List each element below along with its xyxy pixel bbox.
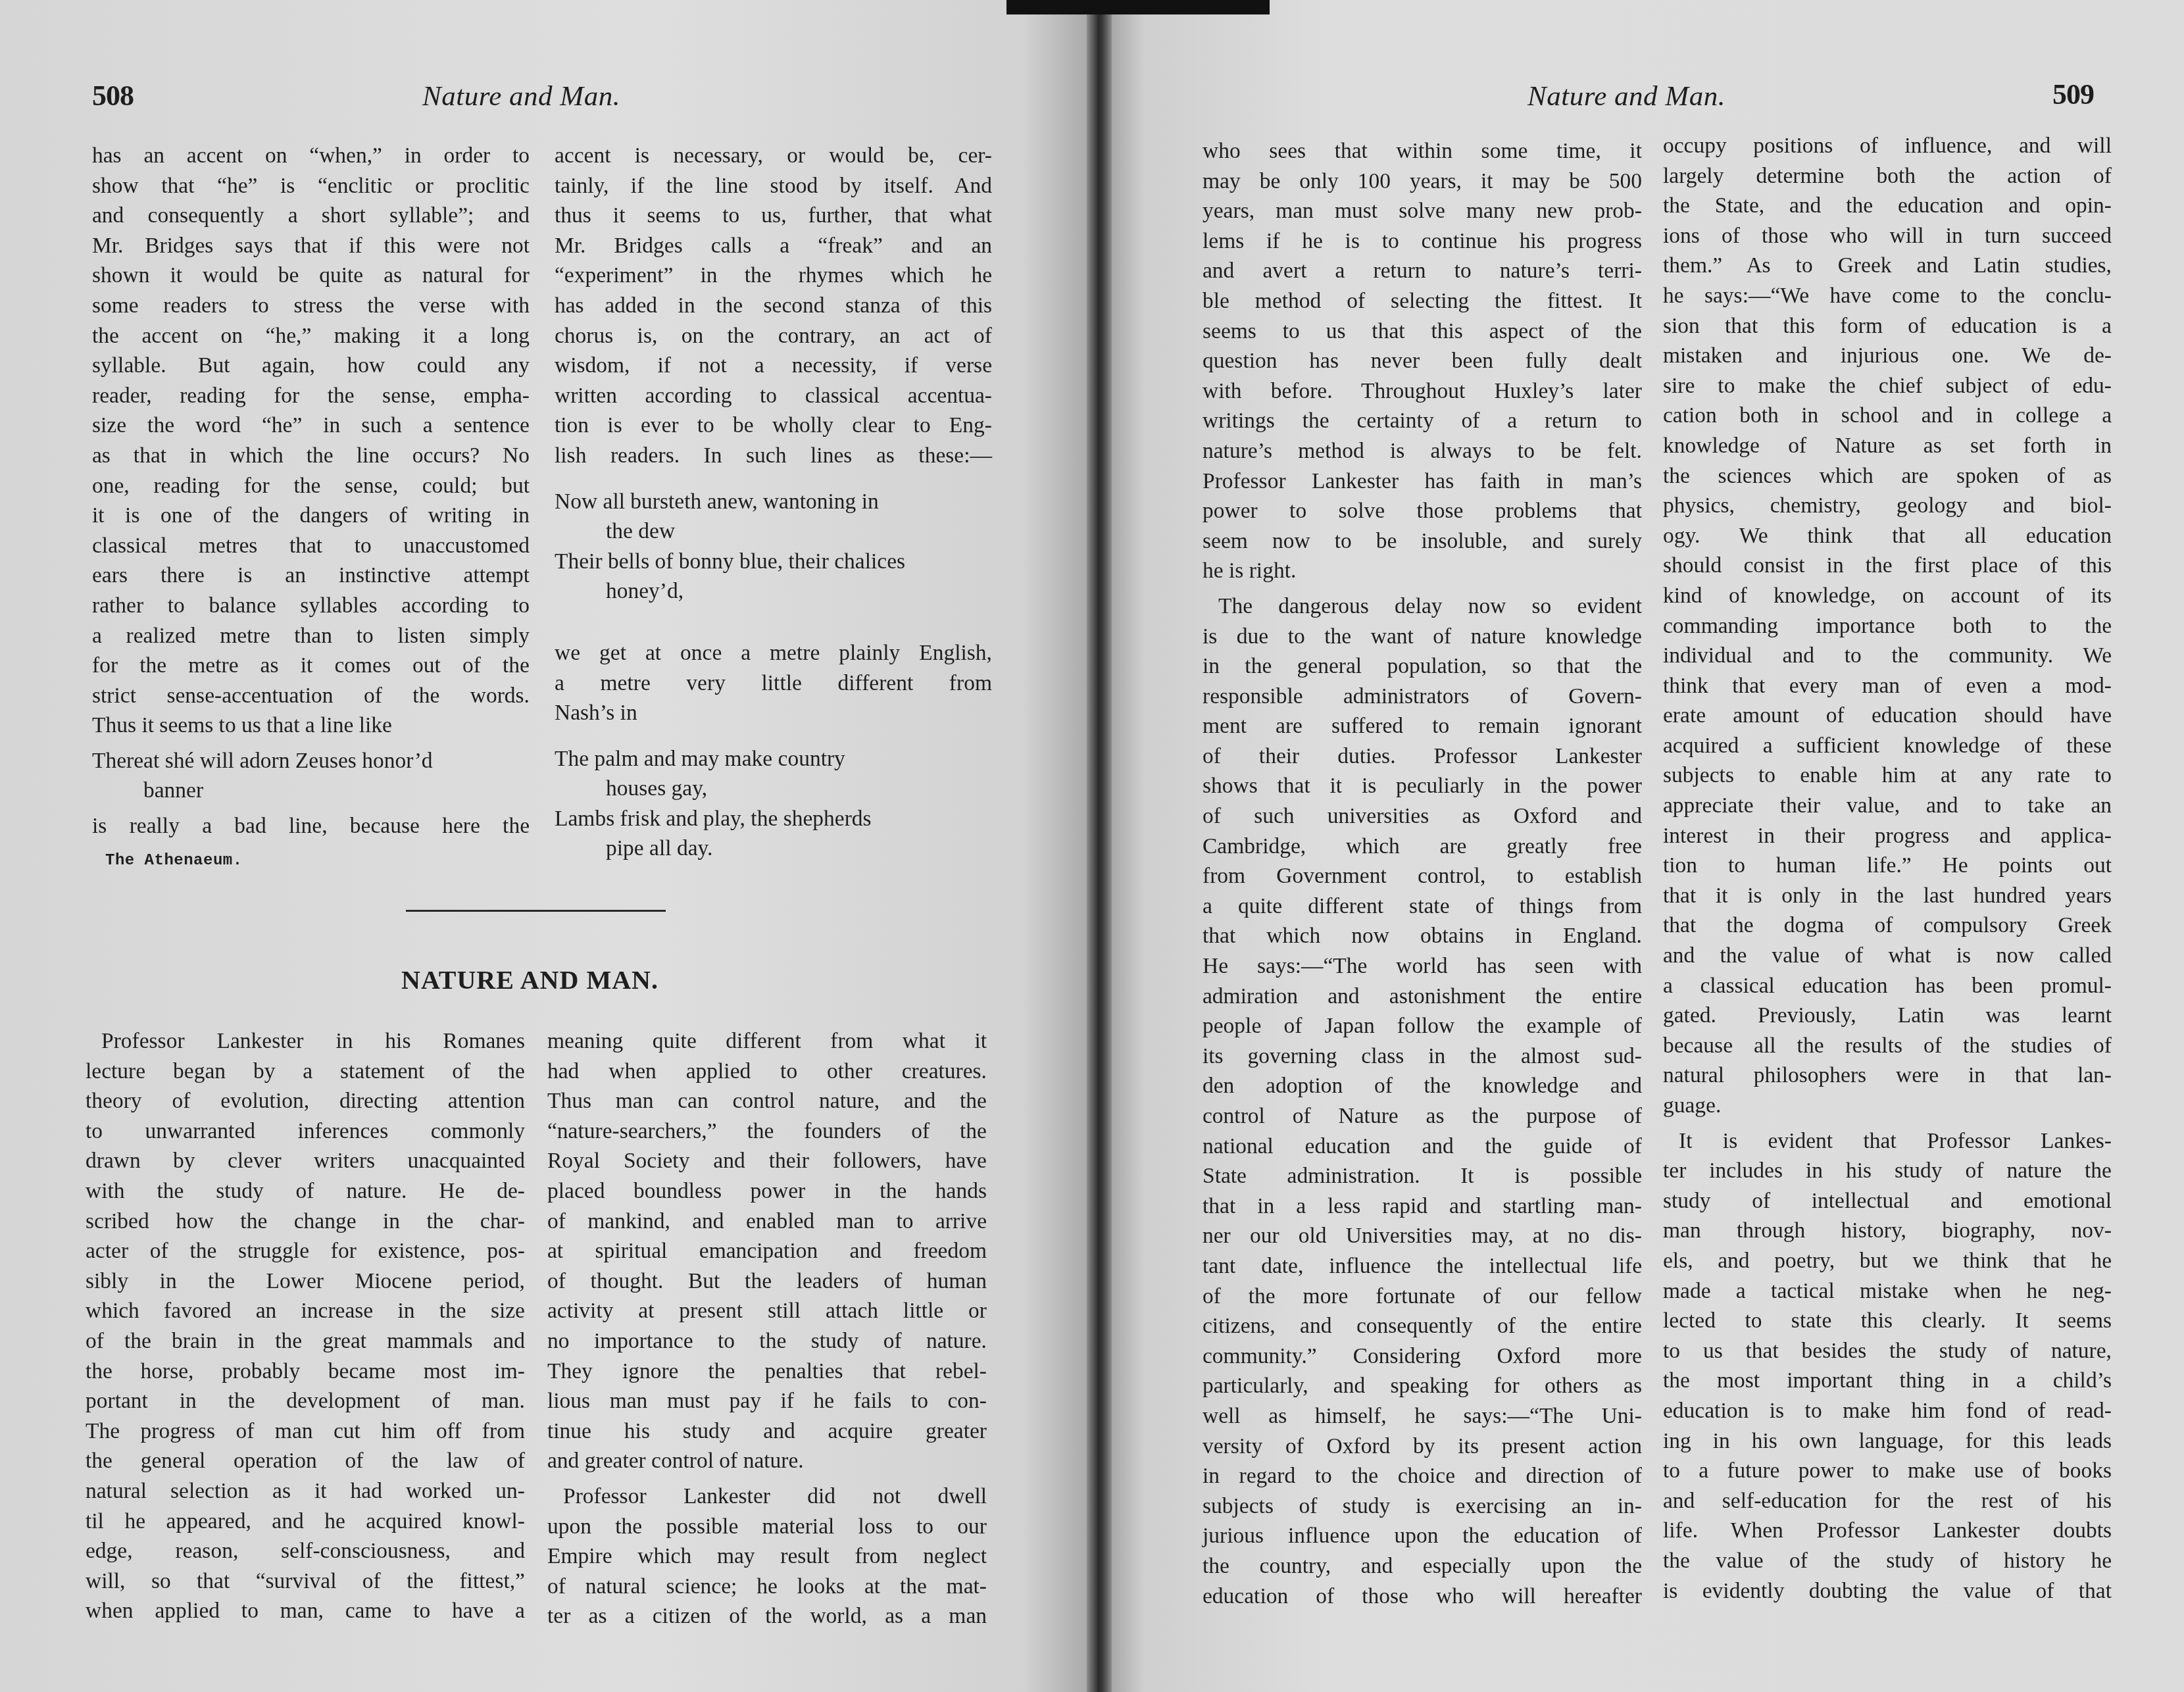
text-line: Thus it seems to us that a line like	[92, 710, 530, 741]
text-line: sion that this form of education is a	[1663, 311, 2112, 341]
text-line: some readers to stress the verse with	[92, 291, 530, 321]
text-line: has an accent on “when,” in order to	[92, 141, 530, 171]
text-line: think that every man of even a mod-	[1663, 671, 2112, 701]
text-line: ter includes in his study of nature the	[1663, 1156, 2112, 1186]
text-line: occupy positions of influence, and will	[1663, 131, 2112, 161]
text-line: shown it would be quite as natural for	[92, 261, 530, 291]
right-column-1: who sees that within some time, itmay be…	[1203, 136, 1642, 1611]
text-line: commanding importance both to the	[1663, 611, 2112, 641]
text-line: has added in the second stanza of this	[555, 291, 992, 321]
left-column-1: has an accent on “when,” in order toshow…	[92, 141, 530, 841]
text-line: size the word “he” in such a sentence	[92, 411, 530, 441]
text-line: he is right.	[1203, 556, 1642, 586]
verse-line: Their bells of bonny blue, their chalice…	[555, 547, 992, 577]
text-line: the State, and the education and opin-	[1663, 191, 2112, 221]
text-line: subjects to enable him at any rate to	[1663, 760, 2112, 791]
text-line: mistaken and injurious one. We de-	[1663, 341, 2112, 371]
text-line: tinue his study and acquire greater	[547, 1416, 987, 1447]
text-line: show that “he” is “enclitic or proclitic	[92, 171, 530, 201]
text-line: of the more fortunate of our fellow	[1203, 1281, 1642, 1312]
text-line: tion is ever to be wholly clear to Eng-	[555, 411, 992, 441]
text-line: scribed how the change in the char-	[86, 1207, 525, 1237]
left-column-2: accent is necessary, or would be, cer-ta…	[555, 141, 992, 864]
page-number-left: 508	[92, 79, 134, 112]
text-line: the most important thing in a child’s	[1663, 1366, 2112, 1396]
text-line: written according to classical accentua-	[555, 381, 992, 411]
text-line: subjects of study is exercising an in-	[1203, 1491, 1642, 1522]
text-line: of the brain in the great mammals and	[86, 1326, 525, 1356]
text-line: accent is necessary, or would be, cer-	[555, 141, 992, 171]
text-line: education of those who will hereafter	[1203, 1581, 1642, 1612]
verse-continuation: honey’d,	[555, 576, 992, 607]
text-line: chorus is, on the contrary, an act of	[555, 321, 992, 351]
text-line: is really a bad line, because here the	[92, 811, 530, 841]
text-line: to unwarranted inferences commonly	[86, 1116, 525, 1147]
spacer	[92, 806, 530, 811]
text-line: syllable. But again, how could any	[92, 351, 530, 381]
text-line: had when applied to other creatures.	[547, 1057, 987, 1087]
text-line: control of Nature as the purpose of	[1203, 1101, 1642, 1132]
text-line: and consequently a short syllable”; and	[92, 201, 530, 231]
text-line: national education and the guide of	[1203, 1132, 1642, 1162]
text-line: lected to state this clearly. It seems	[1663, 1306, 2112, 1336]
text-line: ment are suffered to remain ignorant	[1203, 711, 1642, 741]
verse-continuation: the dew	[555, 516, 992, 547]
verse-continuation: banner	[92, 776, 530, 806]
text-line: writings the certainty of a return to	[1203, 406, 1642, 436]
text-line: for the metre as it comes out of the	[92, 651, 530, 681]
text-line: They ignore the penalties that rebel-	[547, 1356, 987, 1387]
spacer	[555, 471, 992, 487]
text-line: classical metres that to unaccustomed	[92, 531, 530, 561]
text-line: appreciate their value, and to take an	[1663, 791, 2112, 821]
text-line: ner our old Universities may, at no dis-	[1203, 1221, 1642, 1251]
text-line: the value of the study of history he	[1663, 1546, 2112, 1576]
spacer	[1663, 1121, 2112, 1126]
text-line: The dangerous delay now so evident	[1203, 591, 1642, 622]
text-line: its governing class in the almost sud-	[1203, 1041, 1642, 1072]
text-line: responsible administrators of Govern-	[1203, 682, 1642, 712]
text-line: reader, reading for the sense, empha-	[92, 381, 530, 411]
text-line: particularly, and speaking for others as	[1203, 1371, 1642, 1401]
text-line: jurious influence upon the education of	[1203, 1521, 1642, 1551]
text-line: is due to the want of nature knowledge	[1203, 622, 1642, 652]
verse-continuation: houses gay,	[555, 774, 992, 804]
text-line: should consist in the first place of thi…	[1663, 551, 2112, 581]
text-line: meaning quite different from what it	[547, 1026, 987, 1057]
text-line: as that in which the line occurs? No	[92, 441, 530, 471]
verse-line: Thereat shé will adorn Zeuses honor’d	[92, 746, 530, 776]
text-line: them.” As to Greek and Latin studies,	[1663, 251, 2112, 281]
text-line: tainly, if the line stood by itself. And	[555, 171, 992, 201]
text-line: lious man must pay if he fails to con-	[547, 1386, 987, 1416]
text-line: den adoption of the knowledge and	[1203, 1071, 1642, 1101]
text-line: Cambridge, which are greatly free	[1203, 832, 1642, 862]
text-line: drawn by clever writers unacquainted	[86, 1146, 525, 1176]
text-line: Nash’s in	[555, 698, 992, 728]
text-line: from Government control, to establish	[1203, 861, 1642, 891]
text-line: knowledge of Nature as set forth in	[1663, 431, 2112, 461]
text-line: State administration. It is possible	[1203, 1161, 1642, 1191]
text-line: power to solve those problems that	[1203, 496, 1642, 526]
text-line: strict sense-accentuation of the words.	[92, 681, 530, 711]
text-line: people of Japan follow the example of	[1203, 1011, 1642, 1041]
text-line: gated. Previously, Latin was learnt	[1663, 1001, 2112, 1031]
text-line: largely determine both the action of	[1663, 161, 2112, 191]
verse-line: Lambs frisk and play, the shepherds	[555, 804, 992, 834]
text-line: well as himself, he says:—“The Uni-	[1203, 1401, 1642, 1431]
text-line: question has never been fully dealt	[1203, 346, 1642, 376]
text-line: lecture began by a statement of the	[86, 1057, 525, 1087]
text-line: cation both in school and in college a	[1663, 401, 2112, 431]
verse-continuation: pipe all day.	[555, 834, 992, 864]
text-line: acter of the struggle for existence, pos…	[86, 1236, 525, 1266]
article-title: NATURE AND MAN.	[401, 964, 658, 995]
text-line: interest in their progress and applica-	[1663, 821, 2112, 851]
verse-line: The palm and may make country	[555, 744, 992, 774]
text-line: guage.	[1663, 1091, 2112, 1121]
article-column-1: Professor Lankester in his Romaneslectur…	[86, 1026, 525, 1626]
text-line: admiration and astonishment the entire	[1203, 982, 1642, 1012]
text-line: ears there is an instinctive attempt	[92, 560, 530, 591]
text-line: “nature-searchers,” the founders of the	[547, 1116, 987, 1147]
text-line: that it is only in the last hundred year…	[1663, 881, 2112, 911]
running-head-left: Nature and Man.	[422, 80, 620, 112]
text-line: upon the possible material loss to our	[547, 1512, 987, 1542]
text-line: the general operation of the law of	[86, 1446, 525, 1476]
text-line: The progress of man cut him off from	[86, 1416, 525, 1447]
text-line: ter as a citizen of the world, as a man	[547, 1601, 987, 1631]
text-line: in the general population, so that the	[1203, 651, 1642, 682]
text-line: the sciences which are spoken of as	[1663, 461, 2112, 491]
text-line: and the value of what is now called	[1663, 941, 2112, 971]
text-line: of mankind, and enabled man to arrive	[547, 1207, 987, 1237]
text-line: years, man must solve many new prob-	[1203, 196, 1642, 226]
text-line: seems to us that this aspect of the	[1203, 316, 1642, 347]
text-line: Thus man can control nature, and the	[547, 1086, 987, 1116]
text-line: one, reading for the sense, could; but	[92, 471, 530, 501]
text-line: man through history, biography, nov-	[1663, 1216, 2112, 1246]
text-line: education is to make him fond of read-	[1663, 1396, 2112, 1426]
text-line: study of intellectual and emotional	[1663, 1186, 2112, 1216]
text-line: and greater control of nature.	[547, 1446, 987, 1476]
spacer	[92, 741, 530, 746]
page-number-right: 509	[2052, 78, 2094, 111]
text-line: we get at once a metre plainly English,	[555, 638, 992, 668]
text-line: “experiment” in the rhymes which he	[555, 261, 992, 291]
text-line: til he appeared, and he acquired knowl-	[86, 1506, 525, 1537]
text-line: sibly in the Lower Miocene period,	[86, 1266, 525, 1297]
text-line: no importance to the study of nature.	[547, 1326, 987, 1356]
text-line: citizens, and consequently of the entire	[1203, 1311, 1642, 1341]
text-line: activity at present still attach little …	[547, 1296, 987, 1326]
text-line: acquired a sufficient knowledge of these	[1663, 731, 2112, 761]
text-line: to us that besides the study of nature,	[1663, 1336, 2112, 1366]
text-line: when applied to man, came to have a	[86, 1596, 525, 1626]
text-line: He says:—“The world has seen with	[1203, 951, 1642, 982]
text-line: of such universities as Oxford and	[1203, 801, 1642, 832]
text-line: wisdom, if not a necessity, if verse	[555, 351, 992, 381]
text-line: a classical education has been promul-	[1663, 971, 2112, 1001]
spacer	[547, 1476, 987, 1481]
text-line: in regard to the choice and direction of	[1203, 1461, 1642, 1491]
text-line: is evidently doubting the value of that	[1663, 1576, 2112, 1606]
text-line: Mr. Bridges calls a “freak” and an	[555, 231, 992, 261]
text-line: and self-education for the rest of his	[1663, 1486, 2112, 1516]
text-line: made a tactical mistake when he neg-	[1663, 1276, 2112, 1306]
text-line: lish readers. In such lines as these:—	[555, 441, 992, 471]
text-line: that which now obtains in England.	[1203, 921, 1642, 951]
text-line: that in a less rapid and startling man-	[1203, 1191, 1642, 1222]
text-line: who sees that within some time, it	[1203, 136, 1642, 166]
text-line: ble method of selecting the fittest. It	[1203, 286, 1642, 316]
text-line: Empire which may result from neglect	[547, 1541, 987, 1572]
text-line: that the dogma of compulsory Greek	[1663, 910, 2112, 941]
text-line: edge, reason, self-consciousness, and	[86, 1536, 525, 1566]
text-line: Professor Lankester did not dwell	[547, 1481, 987, 1512]
text-line: a realized metre than to listen simply	[92, 621, 530, 651]
text-line: rather to balance syllables according to	[92, 591, 530, 621]
text-line: ions of those who will in turn succeed	[1663, 221, 2112, 251]
text-line: at spiritual emancipation and freedom	[547, 1236, 987, 1266]
text-line: natural philosophers were in that lan-	[1663, 1060, 2112, 1091]
text-line: nature’s method is always to be felt.	[1203, 436, 1642, 466]
article-column-2: meaning quite different from what ithad …	[547, 1026, 987, 1631]
text-line: of thought. But the leaders of human	[547, 1266, 987, 1297]
text-line: ogy. We think that all education	[1663, 521, 2112, 551]
text-line: It is evident that Professor Lankes-	[1663, 1126, 2112, 1157]
text-line: will, so that “survival of the fittest,”	[86, 1566, 525, 1597]
text-line: els, and poetry, but we think that he	[1663, 1246, 2112, 1276]
text-line: physics, chemistry, geology and biol-	[1663, 491, 2112, 521]
text-line: erate amount of education should have	[1663, 701, 2112, 731]
text-line: theory of evolution, directing attention	[86, 1086, 525, 1116]
spacer	[555, 728, 992, 744]
text-line: versity of Oxford by its present action	[1203, 1431, 1642, 1462]
source-credit: The Athenaeum.	[105, 852, 243, 870]
book-spine	[1087, 0, 1113, 1692]
text-line: portant in the development of man.	[86, 1386, 525, 1416]
text-line: with before. Throughout Huxley’s later	[1203, 376, 1642, 407]
text-line: seem now to be insoluble, and surely	[1203, 526, 1642, 557]
running-head-right: Nature and Man.	[1527, 80, 1725, 112]
text-line: sire to make the chief subject of edu-	[1663, 371, 2112, 401]
text-line: the country, and especially upon the	[1203, 1551, 1642, 1581]
text-line: a quite different state of things from	[1203, 891, 1642, 922]
text-line: may be only 100 years, it may be 500	[1203, 166, 1642, 197]
text-line: a metre very little different from	[555, 668, 992, 699]
spacer	[555, 607, 992, 622]
text-line: Mr. Bridges says that if this were not	[92, 231, 530, 261]
text-line: the horse, probably became most im-	[86, 1356, 525, 1387]
text-line: shows that it is peculiarly in the power	[1203, 771, 1642, 801]
text-line: with the study of nature. He de-	[86, 1176, 525, 1207]
text-line: natural selection as it had worked un-	[86, 1476, 525, 1506]
text-line: life. When Professor Lankester doubts	[1663, 1516, 2112, 1546]
text-line: tion to human life.” He points out	[1663, 851, 2112, 881]
text-line: Professor Lankester has faith in man’s	[1203, 466, 1642, 497]
text-line: because all the results of the studies o…	[1663, 1031, 2112, 1061]
text-line: he says:—“We have come to the conclu-	[1663, 281, 2112, 311]
right-column-2: occupy positions of influence, and willl…	[1663, 131, 2112, 1606]
text-line: ing in his own language, for this leads	[1663, 1426, 2112, 1456]
verse-line: Now all bursteth anew, wantoning in	[555, 487, 992, 517]
section-divider	[406, 910, 666, 912]
text-line: Professor Lankester in his Romanes	[86, 1026, 525, 1057]
text-line: which favored an increase in the size	[86, 1296, 525, 1326]
spacer	[1203, 586, 1642, 591]
text-line: individual and to the community. We	[1663, 641, 2112, 671]
text-line: community.” Considering Oxford more	[1203, 1341, 1642, 1372]
text-line: tant date, influence the intellectual li…	[1203, 1251, 1642, 1281]
text-line: the accent on “he,” making it a long	[92, 321, 530, 351]
text-line: kind of knowledge, on account of its	[1663, 581, 2112, 611]
text-line: of their duties. Professor Lankester	[1203, 741, 1642, 772]
text-line: lems if he is to continue his progress	[1203, 226, 1642, 257]
text-line: it is one of the dangers of writing in	[92, 501, 530, 531]
text-line: thus it seems to us, further, that what	[555, 201, 992, 231]
text-line: placed boundless power in the hands	[547, 1176, 987, 1207]
text-line: and avert a return to nature’s terri-	[1203, 256, 1642, 286]
spacer	[555, 622, 992, 638]
text-line: Royal Society and their followers, have	[547, 1146, 987, 1176]
background-shadow	[1006, 0, 1270, 14]
text-line: of natural science; he looks at the mat-	[547, 1572, 987, 1602]
text-line: to a future power to make use of books	[1663, 1456, 2112, 1486]
